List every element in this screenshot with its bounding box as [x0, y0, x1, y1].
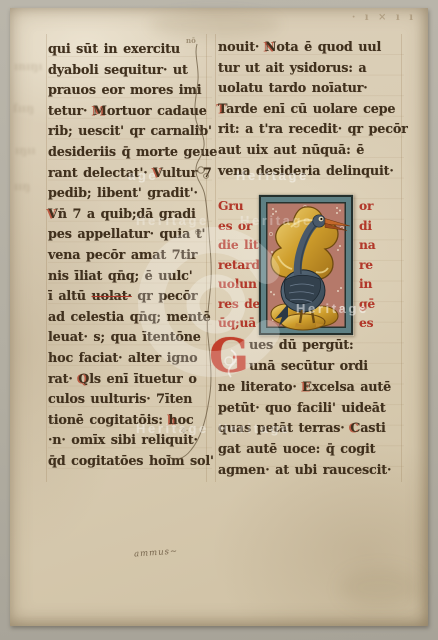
bleedthrough-text: ıŋıı: [15, 144, 36, 157]
text-segment: es: [359, 315, 373, 330]
text-line: es or: [218, 216, 258, 236]
text-segment: tionē cogitatōis:: [48, 413, 168, 428]
text-segment: ues dū pergūt:: [249, 338, 354, 353]
text-line: dyaboli sequitur· ut: [48, 61, 212, 82]
text-line: vena desideria delinquit·: [218, 162, 404, 183]
text-line: desideriis q̄ morte geue: [48, 143, 212, 164]
text-line: quas petāt terras· Casti: [218, 419, 404, 440]
ruling-line: [215, 34, 216, 482]
text-line: unā secūtur ordi: [249, 357, 368, 378]
text-segment: tetur·: [48, 104, 93, 119]
text-segment: nouit·: [218, 40, 265, 55]
text-segment: T: [218, 102, 226, 117]
text-segment: na: [359, 237, 376, 252]
left-text-column: qui sūt in exercitudyaboli sequitur· utp…: [48, 40, 212, 472]
initial-row: G ues dū pergūt:unā secūtur ordi: [218, 336, 404, 378]
text-line: pedib; libent' gradit'·: [48, 184, 212, 205]
text-segment: quas petāt terras·: [218, 421, 350, 436]
text-line: retard: [218, 255, 258, 275]
gutter-note: nō: [186, 36, 196, 45]
text-segment: uolat·: [92, 289, 132, 304]
text-line: vena pecōr amat 7tir: [48, 246, 212, 267]
bird-head: [313, 215, 325, 227]
text-line: ad celestia qn̄q; mentē: [48, 308, 212, 329]
text-segment: M: [93, 104, 107, 119]
text-line: es: [359, 313, 404, 333]
text-line: tur ut ait ysidorus: a: [218, 59, 404, 80]
text-line: nouit· Nota ē quod uul: [218, 38, 404, 59]
bleedthrough-text: ſııŋ: [13, 102, 34, 115]
text-line: gē: [359, 294, 404, 314]
text-segment: retard: [218, 257, 260, 272]
text-segment: ·n· omīx sibi reliquit·: [48, 433, 198, 448]
text-segment: uolun: [218, 276, 257, 291]
rubric-left: Grues ordie litretarduolunres deūq;uā: [218, 182, 258, 330]
text-segment: qr pecōr: [132, 289, 198, 304]
initial-G: G: [209, 336, 249, 378]
text-line: Gru: [218, 196, 258, 216]
text-segment: agmen· at ubi raucescit·: [218, 463, 391, 478]
text-segment: petūt· quo facili' uideāt: [218, 401, 386, 416]
text-segment: in: [359, 276, 372, 291]
text-line: die lit: [218, 235, 258, 255]
text-segment: gat autē uoce: q̄ cogit: [218, 442, 375, 457]
text-segment: Gru: [218, 198, 243, 213]
text-segment: V: [48, 207, 58, 222]
text-segment: hoc faciat· alter igno: [48, 351, 198, 366]
text-segment: unā secūtur ordi: [249, 359, 368, 374]
text-line: uolatu tardo noīatur·: [218, 79, 404, 100]
text-segment: rat·: [48, 372, 78, 387]
text-segment: nis īliat qn̄q; ē uulc': [48, 269, 192, 284]
text-line: rib; uescit' qr carnalib': [48, 122, 212, 143]
text-line: rit: a t'ra recedit· qr pecōr: [218, 120, 404, 141]
text-line: nis īliat qn̄q; ē uulc': [48, 267, 212, 288]
gutter-mark: 4·: [181, 426, 188, 435]
text-segment: or: [359, 198, 373, 213]
text-segment: xcelsa autē: [312, 380, 391, 395]
text-line: tetur· Mortuor cadaue: [48, 102, 212, 123]
text-segment: asti: [360, 421, 385, 436]
ruling-line: [46, 34, 47, 482]
initial-penwork: [213, 340, 249, 380]
text-segment: pedib; libent' gradit'·: [48, 186, 198, 201]
text-segment: desideriis q̄ morte geue: [48, 145, 217, 160]
text-segment: h: [168, 413, 177, 428]
manuscript-page: ınıŋı ſııŋ ıŋıı ııŋ · ı × ı ı qui sūt in…: [10, 8, 428, 626]
text-segment: di: [359, 218, 372, 233]
text-segment: prauos eor mores imi: [48, 83, 201, 98]
text-line: leuat· s; qua ītentōne: [48, 328, 212, 349]
text-segment: ls enī ītuetur o: [89, 372, 196, 387]
text-segment: vena desideria delinquit·: [218, 164, 394, 179]
text-line: q̄d cogitatōes hoīm sol': [48, 452, 212, 473]
miniature-row: Grues ordie litretarduolunres deūq;uā: [218, 182, 404, 330]
text-segment: rit: a t'ra recedit· qr pecōr: [218, 122, 408, 137]
text-segment: dyaboli sequitur· ut: [48, 63, 188, 78]
text-segment: E: [302, 380, 312, 395]
text-segment: n̄ 7 a quib;dā gradi: [58, 207, 196, 222]
text-line: aut uix aut nūquā: ē: [218, 141, 404, 162]
text-segment: uolatu tardo noīatur·: [218, 81, 368, 96]
text-segment: ad celestia qn̄q; mentē: [48, 310, 211, 325]
text-segment: arde enī cū uolare cepe: [226, 102, 395, 117]
text-line: re: [359, 255, 404, 275]
text-segment: die lit: [218, 237, 258, 252]
folio-number: · ı × ı ı: [352, 12, 416, 23]
text-line: ues dū pergūt:: [249, 336, 368, 357]
text-segment: re: [359, 257, 373, 272]
text-line: rat· Qls enī ītuetur o: [48, 370, 212, 391]
text-segment: rib; uescit' qr carnalib': [48, 124, 212, 139]
text-line: petūt· quo facili' uideāt: [218, 399, 404, 420]
text-line: agmen· at ubi raucescit·: [218, 461, 404, 482]
manuscript-photo: { "artwork": { "description": "Illuminat…: [0, 0, 438, 640]
text-segment: ortuor cadaue: [107, 104, 207, 119]
right-column-bottom: ne literato· Excelsa autēpetūt· quo faci…: [218, 378, 404, 481]
text-line: Tarde enī cū uolare cepe: [218, 100, 404, 121]
text-segment: Q: [78, 372, 89, 387]
text-line: gat autē uoce: q̄ cogit: [218, 440, 404, 461]
text-segment: culos uulturis· 7īten: [48, 392, 192, 407]
text-line: Vn̄ 7 a quib;dā gradi: [48, 205, 212, 226]
text-segment: tur ut ait ysidorus: a: [218, 61, 367, 76]
text-segment: es or: [218, 218, 252, 233]
text-line: uolun: [218, 274, 258, 294]
bird-pupil: [320, 218, 322, 220]
text-segment: ota ē quod uul: [276, 40, 381, 55]
text-segment: res de: [218, 296, 260, 311]
text-line: prauos eor mores imi: [48, 81, 212, 102]
text-segment: q̄d cogitatōes hoīm sol': [48, 454, 214, 469]
text-line: res de: [218, 294, 258, 314]
text-line: or: [359, 196, 404, 216]
rubric-right: ordinareingēes: [354, 182, 404, 330]
text-line: rant delectat'· Vultur 7: [48, 164, 212, 185]
initial-adjacent-lines: ues dū pergūt:unā secūtur ordi: [249, 336, 368, 378]
text-segment: C: [350, 421, 360, 436]
text-segment: ūq;uā: [218, 315, 256, 330]
text-line: culos uulturis· 7īten: [48, 390, 212, 411]
right-column-top: nouit· Nota ē quod uultur ut ait ysidoru…: [218, 38, 404, 182]
text-segment: ī altū: [48, 289, 92, 304]
text-segment: pes appellatur· quia t': [48, 227, 205, 242]
text-segment: vena pecōr amat 7tir: [48, 248, 197, 263]
text-line: hoc faciat· alter igno: [48, 349, 212, 370]
right-text-column: nouit· Nota ē quod uultur ut ait ysidoru…: [218, 38, 404, 481]
text-segment: N: [265, 40, 277, 55]
miniature-vulture: [258, 194, 354, 336]
text-line: na: [359, 235, 404, 255]
text-line: in: [359, 274, 404, 294]
text-segment: rant delectat'·: [48, 166, 153, 181]
parchment-stain: [340, 568, 420, 608]
text-line: pes appellatur· quia t': [48, 225, 212, 246]
bleedthrough-text: ııŋ: [14, 180, 30, 193]
text-segment: aut uix aut nūquā: ē: [218, 143, 364, 158]
text-segment: leuat· s; qua ītentōne: [48, 330, 201, 345]
text-line: ī altū uolat· qr pecōr: [48, 287, 212, 308]
text-line: di: [359, 216, 404, 236]
catchword: ammus~: [134, 546, 179, 559]
text-segment: gē: [359, 296, 375, 311]
text-segment: V: [153, 166, 162, 181]
text-segment: ultur 7: [162, 166, 211, 181]
bleedthrough-text: ınıŋı: [14, 60, 43, 73]
text-segment: qui sūt in exercitu: [48, 42, 180, 57]
